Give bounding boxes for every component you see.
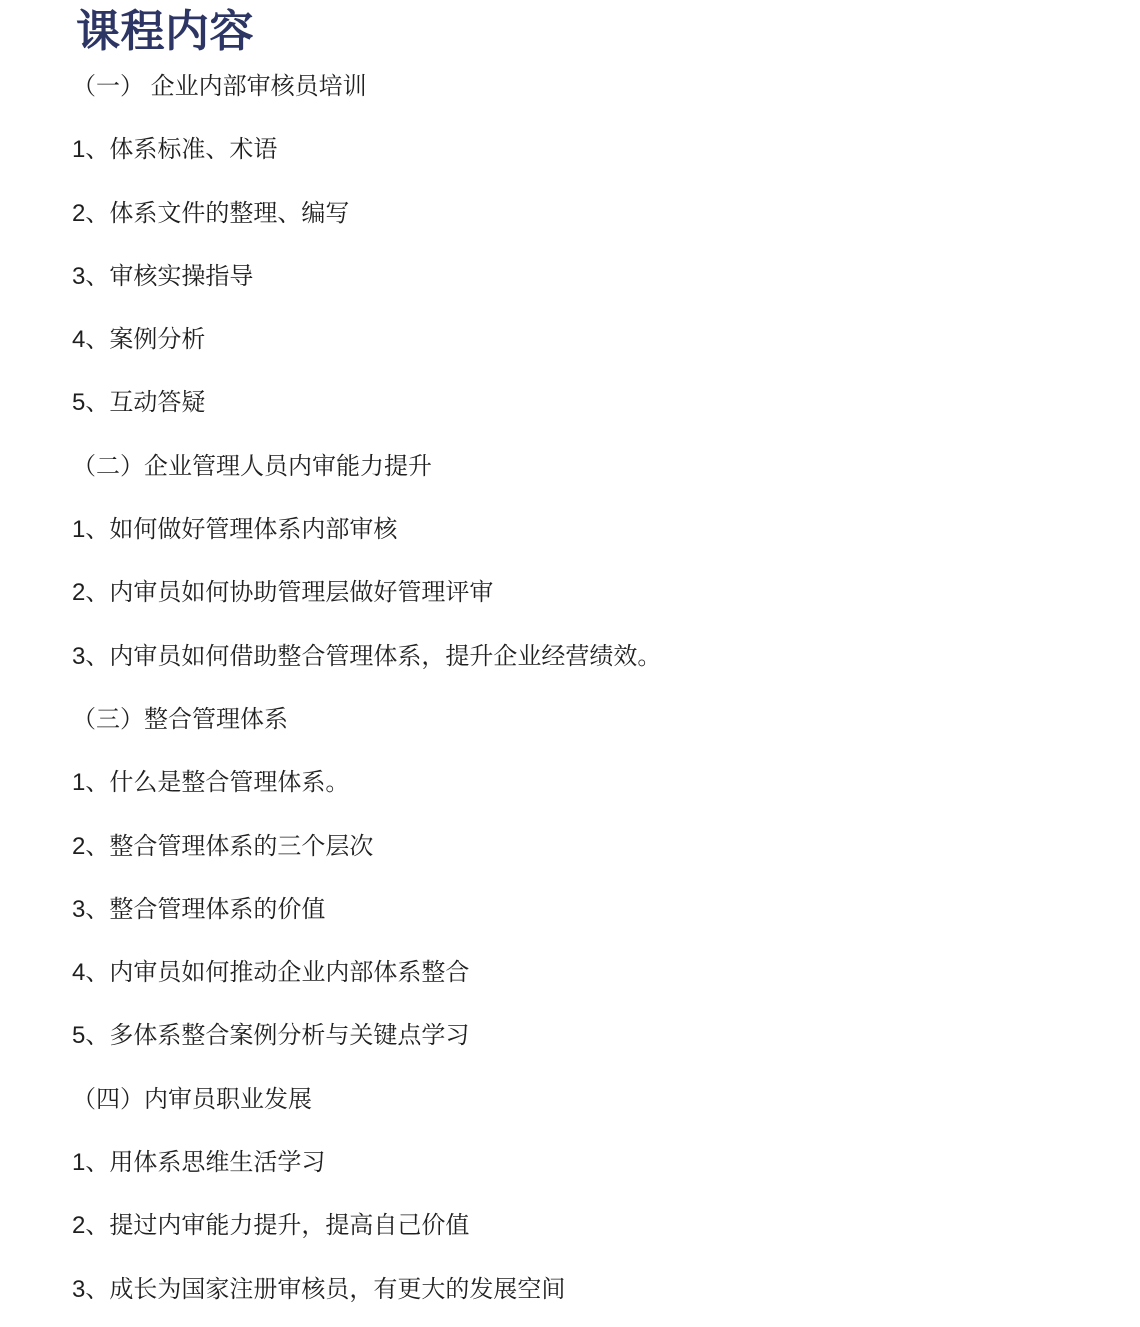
section-heading: （二）企业管理人员内审能力提升	[72, 455, 1100, 479]
list-item: 3、审核实操指导	[72, 265, 1100, 289]
document-page: 课程内容 （一） 企业内部审核员培训 1、体系标准、术语 2、体系文件的整理、编…	[0, 0, 1140, 1327]
list-item: 5、多体系整合案例分析与关键点学习	[72, 1024, 1100, 1048]
list-item: 1、用体系思维生活学习	[72, 1151, 1100, 1175]
list-item: 4、内审员如何推动企业内部体系整合	[72, 961, 1100, 985]
list-item: 1、什么是整合管理体系。	[72, 771, 1100, 795]
list-item: 2、体系文件的整理、编写	[72, 202, 1100, 226]
list-item: 1、体系标准、术语	[72, 138, 1100, 162]
section-heading: （三）整合管理体系	[72, 708, 1100, 732]
page-title: 课程内容	[76, 8, 1100, 56]
section-heading: （一） 企业内部审核员培训	[72, 75, 1100, 99]
list-item: 3、成长为国家注册审核员，有更大的发展空间	[72, 1278, 1100, 1302]
section-heading: （四）内审员职业发展	[72, 1088, 1100, 1112]
list-item: 2、提过内审能力提升，提高自己价值	[72, 1214, 1100, 1238]
list-item: 3、整合管理体系的价值	[72, 898, 1100, 922]
list-item: 4、案例分析	[72, 328, 1100, 352]
list-item: 2、整合管理体系的三个层次	[72, 835, 1100, 859]
list-item: 1、如何做好管理体系内部审核	[72, 518, 1100, 542]
list-item: 2、内审员如何协助管理层做好管理评审	[72, 581, 1100, 605]
list-item: 3、内审员如何借助整合管理体系，提升企业经营绩效。	[72, 645, 1100, 669]
list-item: 5、互动答疑	[72, 391, 1100, 415]
